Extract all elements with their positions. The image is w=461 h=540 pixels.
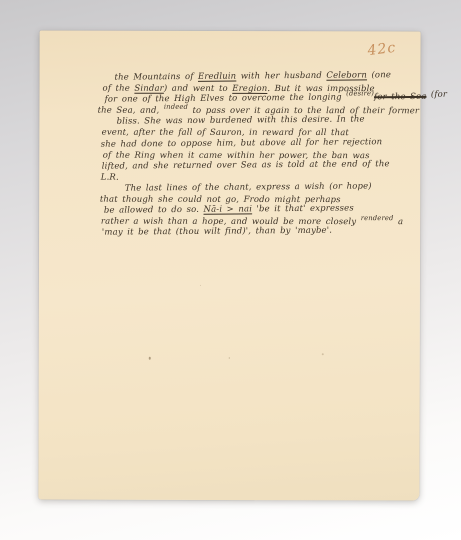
underlined-name: Eredluin <box>198 72 236 82</box>
photo-background: { "photo": { "background_top_color": "#c… <box>0 0 461 540</box>
paper-speck <box>200 285 201 286</box>
handwritten-text: for one of the High Elves to overcome th… <box>105 93 347 105</box>
manuscript-text: the Mountains of Eredluin with her husba… <box>101 72 401 239</box>
handwritten-text: L.R. <box>101 173 119 183</box>
paper-speck <box>149 357 151 360</box>
interlinear-insertion: rendered <box>361 214 394 222</box>
handwritten-text: (one <box>367 70 391 80</box>
handwritten-text: ) and went to <box>164 84 232 94</box>
paper-speck <box>229 357 230 359</box>
underlined-name: Nā-i > nai <box>203 204 252 214</box>
handwritten-text: she had done to oppose him, but above al… <box>101 137 383 149</box>
struck-text: for the Sea <box>374 92 427 102</box>
handwritten-text: be allowed to do so. <box>104 205 204 216</box>
handwritten-text: The last lines of the chant, express a w… <box>125 181 372 193</box>
interlinear-insertion: indeed <box>164 103 188 111</box>
manuscript-line: for one of the High Elves to overcome th… <box>105 92 401 106</box>
manuscript-line: 'may it be that (thou wilt find)', than … <box>102 225 401 239</box>
manuscript-line: be allowed to do so. Nā-i > nai 'be it t… <box>104 203 401 217</box>
margin-continuation: (for <box>426 90 447 100</box>
manuscript-line: lifted, and she returned over Sea as is … <box>102 159 401 173</box>
handwritten-text: lifted, and she returned over Sea as is … <box>102 159 390 172</box>
handwritten-text: with her husband <box>236 71 326 82</box>
paper-sheet: 42c the Mountains of Eredluin with her h… <box>38 31 420 501</box>
underlined-name: Sindar <box>134 84 164 94</box>
underlined-name: Celeborn <box>326 70 367 80</box>
folio-number: 42c <box>367 40 397 59</box>
handwritten-text: bliss. She was now burdened with this de… <box>117 115 365 127</box>
manuscript-line: The last lines of the chant, express a w… <box>125 181 401 195</box>
interlinear-insertion: (desire) <box>346 89 374 97</box>
manuscript-line: bliss. She was now burdened with this de… <box>117 115 401 129</box>
handwritten-text: the Mountains of <box>114 72 198 83</box>
handwritten-text: 'be it that' expresses <box>252 204 354 215</box>
paper-speck <box>322 353 324 355</box>
handwritten-text: the Sea, and, <box>98 106 164 116</box>
manuscript-line: she had done to oppose him, but above al… <box>101 137 401 151</box>
handwritten-text: of the <box>103 84 135 94</box>
handwritten-text: 'may it be that (thou wilt find)', than … <box>102 226 332 238</box>
manuscript-line: the Mountains of Eredluin with her husba… <box>114 70 400 84</box>
